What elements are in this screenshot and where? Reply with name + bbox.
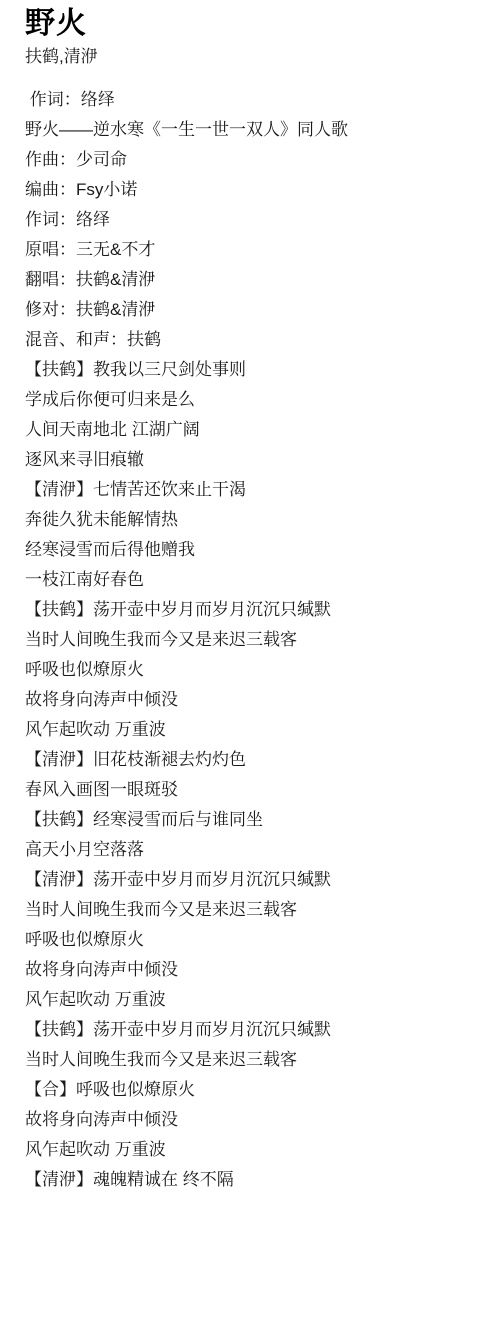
lyric-line: 【清洢】旧花枝渐褪去灼灼色 — [25, 745, 480, 775]
lyric-line: 【扶鹤】荡开壶中岁月而岁月沉沉只缄默 — [25, 1015, 480, 1045]
lyric-line: 故将身向涛声中倾没 — [25, 955, 480, 985]
lyric-line: 呼吸也似燎原火 — [25, 925, 480, 955]
lyric-line: 奔徙久犹未能解情热 — [25, 505, 480, 535]
lyric-line: 当时人间晚生我而今又是来迟三载客 — [25, 625, 480, 655]
lyric-line: 春风入画图一眼斑驳 — [25, 775, 480, 805]
lyric-line: 故将身向涛声中倾没 — [25, 1105, 480, 1135]
lyric-line: 修对：扶鹤&清洢 — [25, 295, 480, 325]
lyric-line: 野火——逆水寒《一生一世一双人》同人歌 — [25, 115, 480, 145]
lyric-line: 风乍起吹动 万重波 — [25, 1135, 480, 1165]
lyric-line: 一枝江南好春色 — [25, 565, 480, 595]
lyric-line: 混音、和声：扶鹤 — [25, 325, 480, 355]
lyric-line: 高天小月空落落 — [25, 835, 480, 865]
lyric-line: 作词：络绎 — [25, 85, 480, 115]
lyrics-page: 野火 扶鹤,清洢 作词：络绎野火——逆水寒《一生一世一双人》同人歌作曲：少司命编… — [0, 0, 500, 1195]
lyric-line: 【扶鹤】荡开壶中岁月而岁月沉沉只缄默 — [25, 595, 480, 625]
lyric-line: 人间天南地北 江湖广阔 — [25, 415, 480, 445]
lyric-line: 呼吸也似燎原火 — [25, 655, 480, 685]
lyric-line: 故将身向涛声中倾没 — [25, 685, 480, 715]
lyric-line: 【扶鹤】教我以三尺剑处事则 — [25, 355, 480, 385]
lyrics-body: 作词：络绎野火——逆水寒《一生一世一双人》同人歌作曲：少司命编曲：Fsy小诺作词… — [25, 85, 480, 1195]
lyric-line: 【合】呼吸也似燎原火 — [25, 1075, 480, 1105]
song-title: 野火 — [25, 4, 480, 44]
song-artists: 扶鹤,清洢 — [25, 45, 480, 69]
lyric-line: 【清洢】荡开壶中岁月而岁月沉沉只缄默 — [25, 865, 480, 895]
lyric-line: 翻唱：扶鹤&清洢 — [25, 265, 480, 295]
lyric-line: 【清洢】魂魄精诚在 终不隔 — [25, 1165, 480, 1195]
lyric-line: 当时人间晚生我而今又是来迟三载客 — [25, 895, 480, 925]
lyric-line: 编曲：Fsy小诺 — [25, 175, 480, 205]
lyric-line: 学成后你便可归来是么 — [25, 385, 480, 415]
lyric-line: 原唱：三无&不才 — [25, 235, 480, 265]
lyric-line: 【扶鹤】经寒浸雪而后与谁同坐 — [25, 805, 480, 835]
lyric-line: 【清洢】七情苦还饮来止干渴 — [25, 475, 480, 505]
lyric-line: 逐风来寻旧痕辙 — [25, 445, 480, 475]
lyric-line: 风乍起吹动 万重波 — [25, 985, 480, 1015]
lyric-line: 作词：络绎 — [25, 205, 480, 235]
lyric-line: 经寒浸雪而后得他赠我 — [25, 535, 480, 565]
lyric-line: 作曲：少司命 — [25, 145, 480, 175]
lyric-line: 当时人间晚生我而今又是来迟三载客 — [25, 1045, 480, 1075]
lyric-line: 风乍起吹动 万重波 — [25, 715, 480, 745]
